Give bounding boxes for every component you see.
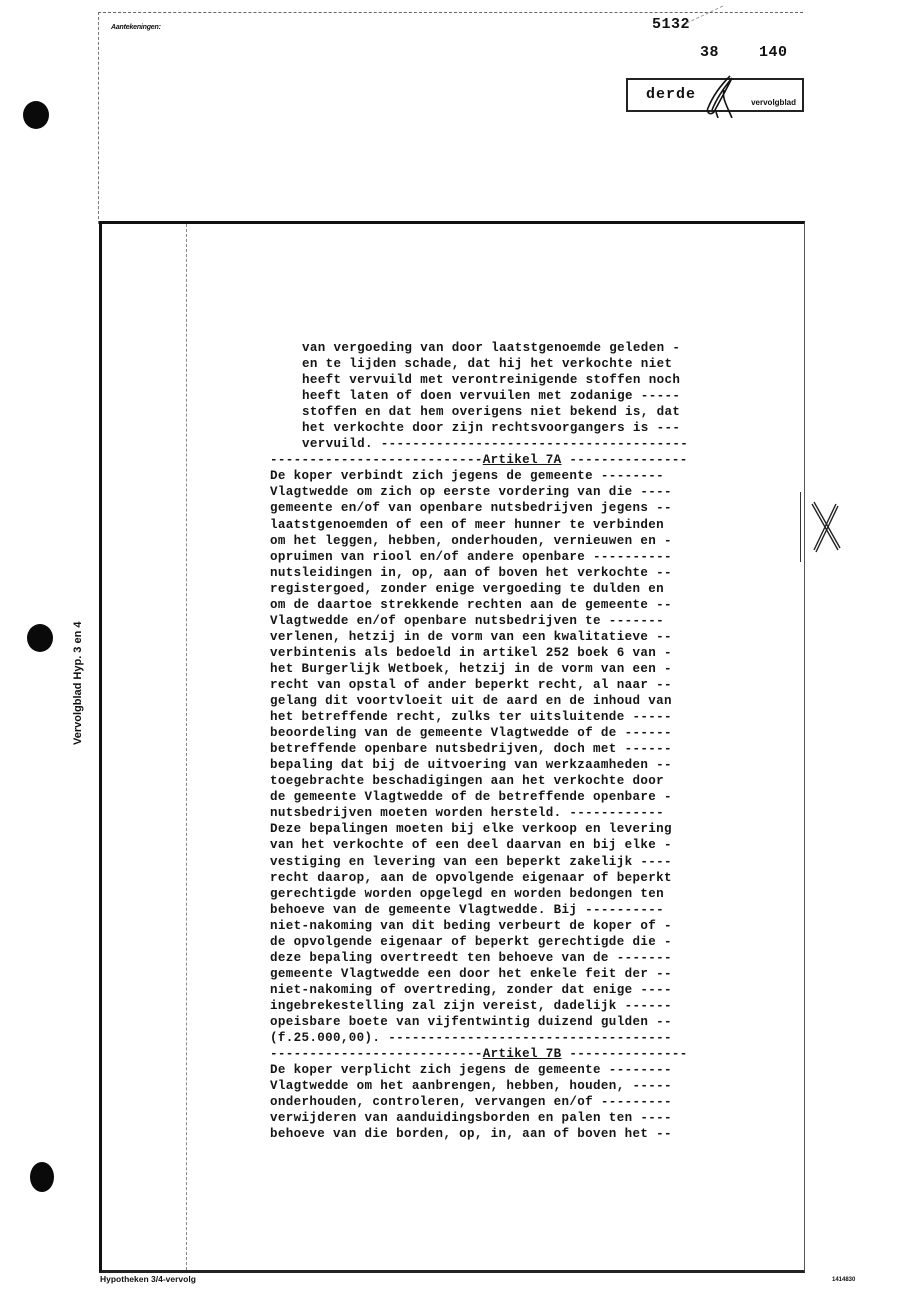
line-text: deze bepaling overtreedt ten behoeve van… (270, 951, 672, 965)
text-line: recht daarop, aan de opvolgende eigenaar… (270, 870, 790, 886)
text-line: van vergoeding van door laatstgenoemde g… (270, 340, 790, 356)
text-line: de gemeente Vlagtwedde of de betreffende… (270, 789, 790, 805)
line-text: gemeente Vlagtwedde een door het enkele … (270, 967, 672, 981)
text-line: De koper verbindt zich jegens de gemeent… (270, 468, 790, 484)
line-text: Vlagtwedde om het aanbrengen, hebben, ho… (270, 1079, 672, 1093)
deed-text: van vergoeding van door laatstgenoemde g… (270, 340, 790, 1142)
text-line: verlenen, hetzij in de vorm van een kwal… (270, 629, 790, 645)
line-text: heeft laten of doen vervuilen met zodani… (302, 389, 680, 403)
text-line: nutsbedrijven moeten worden hersteld. --… (270, 805, 790, 821)
text-line: registergoed, zonder enige vergoeding te… (270, 581, 790, 597)
line-text: registergoed, zonder enige vergoeding te… (270, 582, 664, 596)
line-text: van vergoeding van door laatstgenoemde g… (302, 341, 680, 355)
reference-volume: 38 (700, 44, 719, 61)
text-line: deze bepaling overtreedt ten behoeve van… (270, 950, 790, 966)
line-text: stoffen en dat hem overigens niet bekend… (302, 405, 680, 419)
line-text: verbintenis als bedoeld in artikel 252 b… (270, 646, 672, 660)
text-line: Vlagtwedde om zich op eerste vordering v… (270, 484, 790, 500)
text-line: onderhouden, controleren, vervangen en/o… (270, 1094, 790, 1110)
line-filler: --------------- (562, 453, 688, 467)
line-text: recht daarop, aan de opvolgende eigenaar… (270, 871, 672, 885)
text-line: behoeve van de gemeente Vlagtwedde. Bij … (270, 902, 790, 918)
form-code: 1414830 (832, 1277, 855, 1283)
text-line: het betreffende recht, zulks ter uitslui… (270, 709, 790, 725)
line-text: (f.25.000,00). -------------------------… (270, 1031, 672, 1045)
text-line: (f.25.000,00). -------------------------… (270, 1030, 790, 1046)
line-text: de gemeente Vlagtwedde of de betreffende… (270, 790, 672, 804)
sheet-label: vervolgblad (751, 98, 796, 107)
text-line: heeft vervuild met verontreinigende stof… (270, 372, 790, 388)
article-heading: ---------------------------Artikel 7A --… (270, 452, 790, 468)
line-text: behoeve van de gemeente Vlagtwedde. Bij … (270, 903, 664, 917)
text-line: nutsleidingen in, op, aan of boven het v… (270, 565, 790, 581)
line-text: toegebrachte beschadigingen aan het verk… (270, 774, 664, 788)
margin-line (186, 224, 187, 1270)
line-text: nutsbedrijven moeten worden hersteld. --… (270, 806, 664, 820)
text-line: betreffende openbare nutsbedrijven, doch… (270, 741, 790, 757)
line-text: ingebrekestelling zal zijn vereist, dade… (270, 999, 672, 1013)
line-text: heeft vervuild met verontreinigende stof… (302, 373, 680, 387)
line-text: --------------------------- (270, 453, 483, 467)
text-line: ingebrekestelling zal zijn vereist, dade… (270, 998, 790, 1014)
text-line: niet-nakoming van dit beding verbeurt de… (270, 918, 790, 934)
line-text: van het verkochte of een deel daarvan en… (270, 838, 672, 852)
text-line: gemeente en/of van openbare nutsbedrijve… (270, 500, 790, 516)
form-name: Hypotheken 3/4-vervolg (100, 1274, 196, 1284)
punch-hole (30, 1162, 54, 1192)
line-text: recht van opstal of ander beperkt recht,… (270, 678, 672, 692)
text-line: bepaling dat bij de uitvoering van werkz… (270, 757, 790, 773)
line-text: --------------------------- (270, 1047, 483, 1061)
line-text: verlenen, hetzij in de vorm van een kwal… (270, 630, 672, 644)
text-line: toegebrachte beschadigingen aan het verk… (270, 773, 790, 789)
line-filler: --------------- (562, 1047, 688, 1061)
text-line: Vlagtwedde en/of openbare nutsbedrijven … (270, 613, 790, 629)
line-text: om het leggen, hebben, onderhouden, vern… (270, 534, 672, 548)
text-line: niet-nakoming of overtreding, zonder dat… (270, 982, 790, 998)
punch-hole (27, 624, 53, 652)
sheet-ordinal: derde (646, 86, 696, 103)
signature-icon (702, 74, 736, 118)
line-text: De koper verplicht zich jegens de gemeen… (270, 1063, 672, 1077)
margin-tick-line (800, 492, 801, 562)
text-line: het Burgerlijk Wetboek, hetzij in de vor… (270, 661, 790, 677)
text-line: stoffen en dat hem overigens niet bekend… (270, 404, 790, 420)
text-line: vestiging en levering van een beperkt za… (270, 854, 790, 870)
line-text: om de daartoe strekkende rechten aan de … (270, 598, 672, 612)
text-line: De koper verplicht zich jegens de gemeen… (270, 1062, 790, 1078)
pencil-mark (686, 6, 723, 25)
reference-number-top: 5132 (652, 16, 690, 33)
line-text: vervuild. ------------------------------… (302, 437, 688, 451)
line-text: en te lijden schade, dat hij het verkoch… (302, 357, 672, 371)
text-line: van het verkochte of een deel daarvan en… (270, 837, 790, 853)
line-text: het betreffende recht, zulks ter uitslui… (270, 710, 672, 724)
text-line: gemeente Vlagtwedde een door het enkele … (270, 966, 790, 982)
text-line: Vlagtwedde om het aanbrengen, hebben, ho… (270, 1078, 790, 1094)
line-text: gelang dit voortvloeit uit de aard en de… (270, 694, 672, 708)
article-title: Artikel 7B (483, 1047, 562, 1061)
line-text: niet-nakoming of overtreding, zonder dat… (270, 983, 672, 997)
text-line: opeisbare boete van vijfentwintig duizen… (270, 1014, 790, 1030)
frame-left-border (98, 12, 99, 224)
line-text: De koper verbindt zich jegens de gemeent… (270, 469, 664, 483)
line-text: gemeente en/of van openbare nutsbedrijve… (270, 501, 672, 515)
text-line: behoeve van die borden, op, in, aan of b… (270, 1126, 790, 1142)
article-title: Artikel 7A (483, 453, 562, 467)
text-line: om het leggen, hebben, onderhouden, vern… (270, 533, 790, 549)
text-line: Deze bepalingen moeten bij elke verkoop … (270, 821, 790, 837)
line-text: opruimen van riool en/of andere openbare… (270, 550, 672, 564)
text-line: verbintenis als bedoeld in artikel 252 b… (270, 645, 790, 661)
text-line: beoordeling van de gemeente Vlagtwedde o… (270, 725, 790, 741)
line-text: het verkochte door zijn rechtsvoorganger… (302, 421, 680, 435)
text-line: de opvolgende eigenaar of beperkt gerech… (270, 934, 790, 950)
article-heading: ---------------------------Artikel 7B --… (270, 1046, 790, 1062)
line-text: laatstgenoemden of een of meer hunner te… (270, 518, 664, 532)
line-text: opeisbare boete van vijfentwintig duizen… (270, 1015, 672, 1029)
line-text: betreffende openbare nutsbedrijven, doch… (270, 742, 672, 756)
line-text: nutsleidingen in, op, aan of boven het v… (270, 566, 672, 580)
text-line: recht van opstal of ander beperkt recht,… (270, 677, 790, 693)
x-mark-icon (808, 500, 842, 554)
text-line: gerechtigde worden opgelegd en worden be… (270, 886, 790, 902)
text-line: gelang dit voortvloeit uit de aard en de… (270, 693, 790, 709)
punch-hole (23, 101, 49, 129)
line-text: bepaling dat bij de uitvoering van werkz… (270, 758, 672, 772)
side-label: Vervolgblad Hyp. 3 en 4 (72, 622, 84, 746)
line-text: gerechtigde worden opgelegd en worden be… (270, 887, 664, 901)
line-text: verwijderen van aanduidingsborden en pal… (270, 1111, 672, 1125)
line-text: de opvolgende eigenaar of beperkt gerech… (270, 935, 672, 949)
sheet-number-box: derde vervolgblad (626, 78, 804, 112)
text-line: vervuild. ------------------------------… (270, 436, 790, 452)
text-line: het verkochte door zijn rechtsvoorganger… (270, 420, 790, 436)
text-line: laatstgenoemden of een of meer hunner te… (270, 517, 790, 533)
line-text: het Burgerlijk Wetboek, hetzij in de vor… (270, 662, 672, 676)
line-text: niet-nakoming van dit beding verbeurt de… (270, 919, 672, 933)
frame-top-border (98, 12, 803, 13)
text-line: om de daartoe strekkende rechten aan de … (270, 597, 790, 613)
line-text: vestiging en levering van een beperkt za… (270, 855, 672, 869)
reference-number: 140 (759, 44, 788, 61)
line-text: Vlagtwedde om zich op eerste vordering v… (270, 485, 672, 499)
line-text: behoeve van die borden, op, in, aan of b… (270, 1127, 672, 1141)
text-line: heeft laten of doen vervuilen met zodani… (270, 388, 790, 404)
line-text: onderhouden, controleren, vervangen en/o… (270, 1095, 672, 1109)
line-text: Deze bepalingen moeten bij elke verkoop … (270, 822, 672, 836)
remarks-label: Aantekeningen: (111, 24, 161, 31)
text-line: verwijderen van aanduidingsborden en pal… (270, 1110, 790, 1126)
line-text: beoordeling van de gemeente Vlagtwedde o… (270, 726, 672, 740)
line-text: Vlagtwedde en/of openbare nutsbedrijven … (270, 614, 664, 628)
text-line: en te lijden schade, dat hij het verkoch… (270, 356, 790, 372)
text-line: opruimen van riool en/of andere openbare… (270, 549, 790, 565)
